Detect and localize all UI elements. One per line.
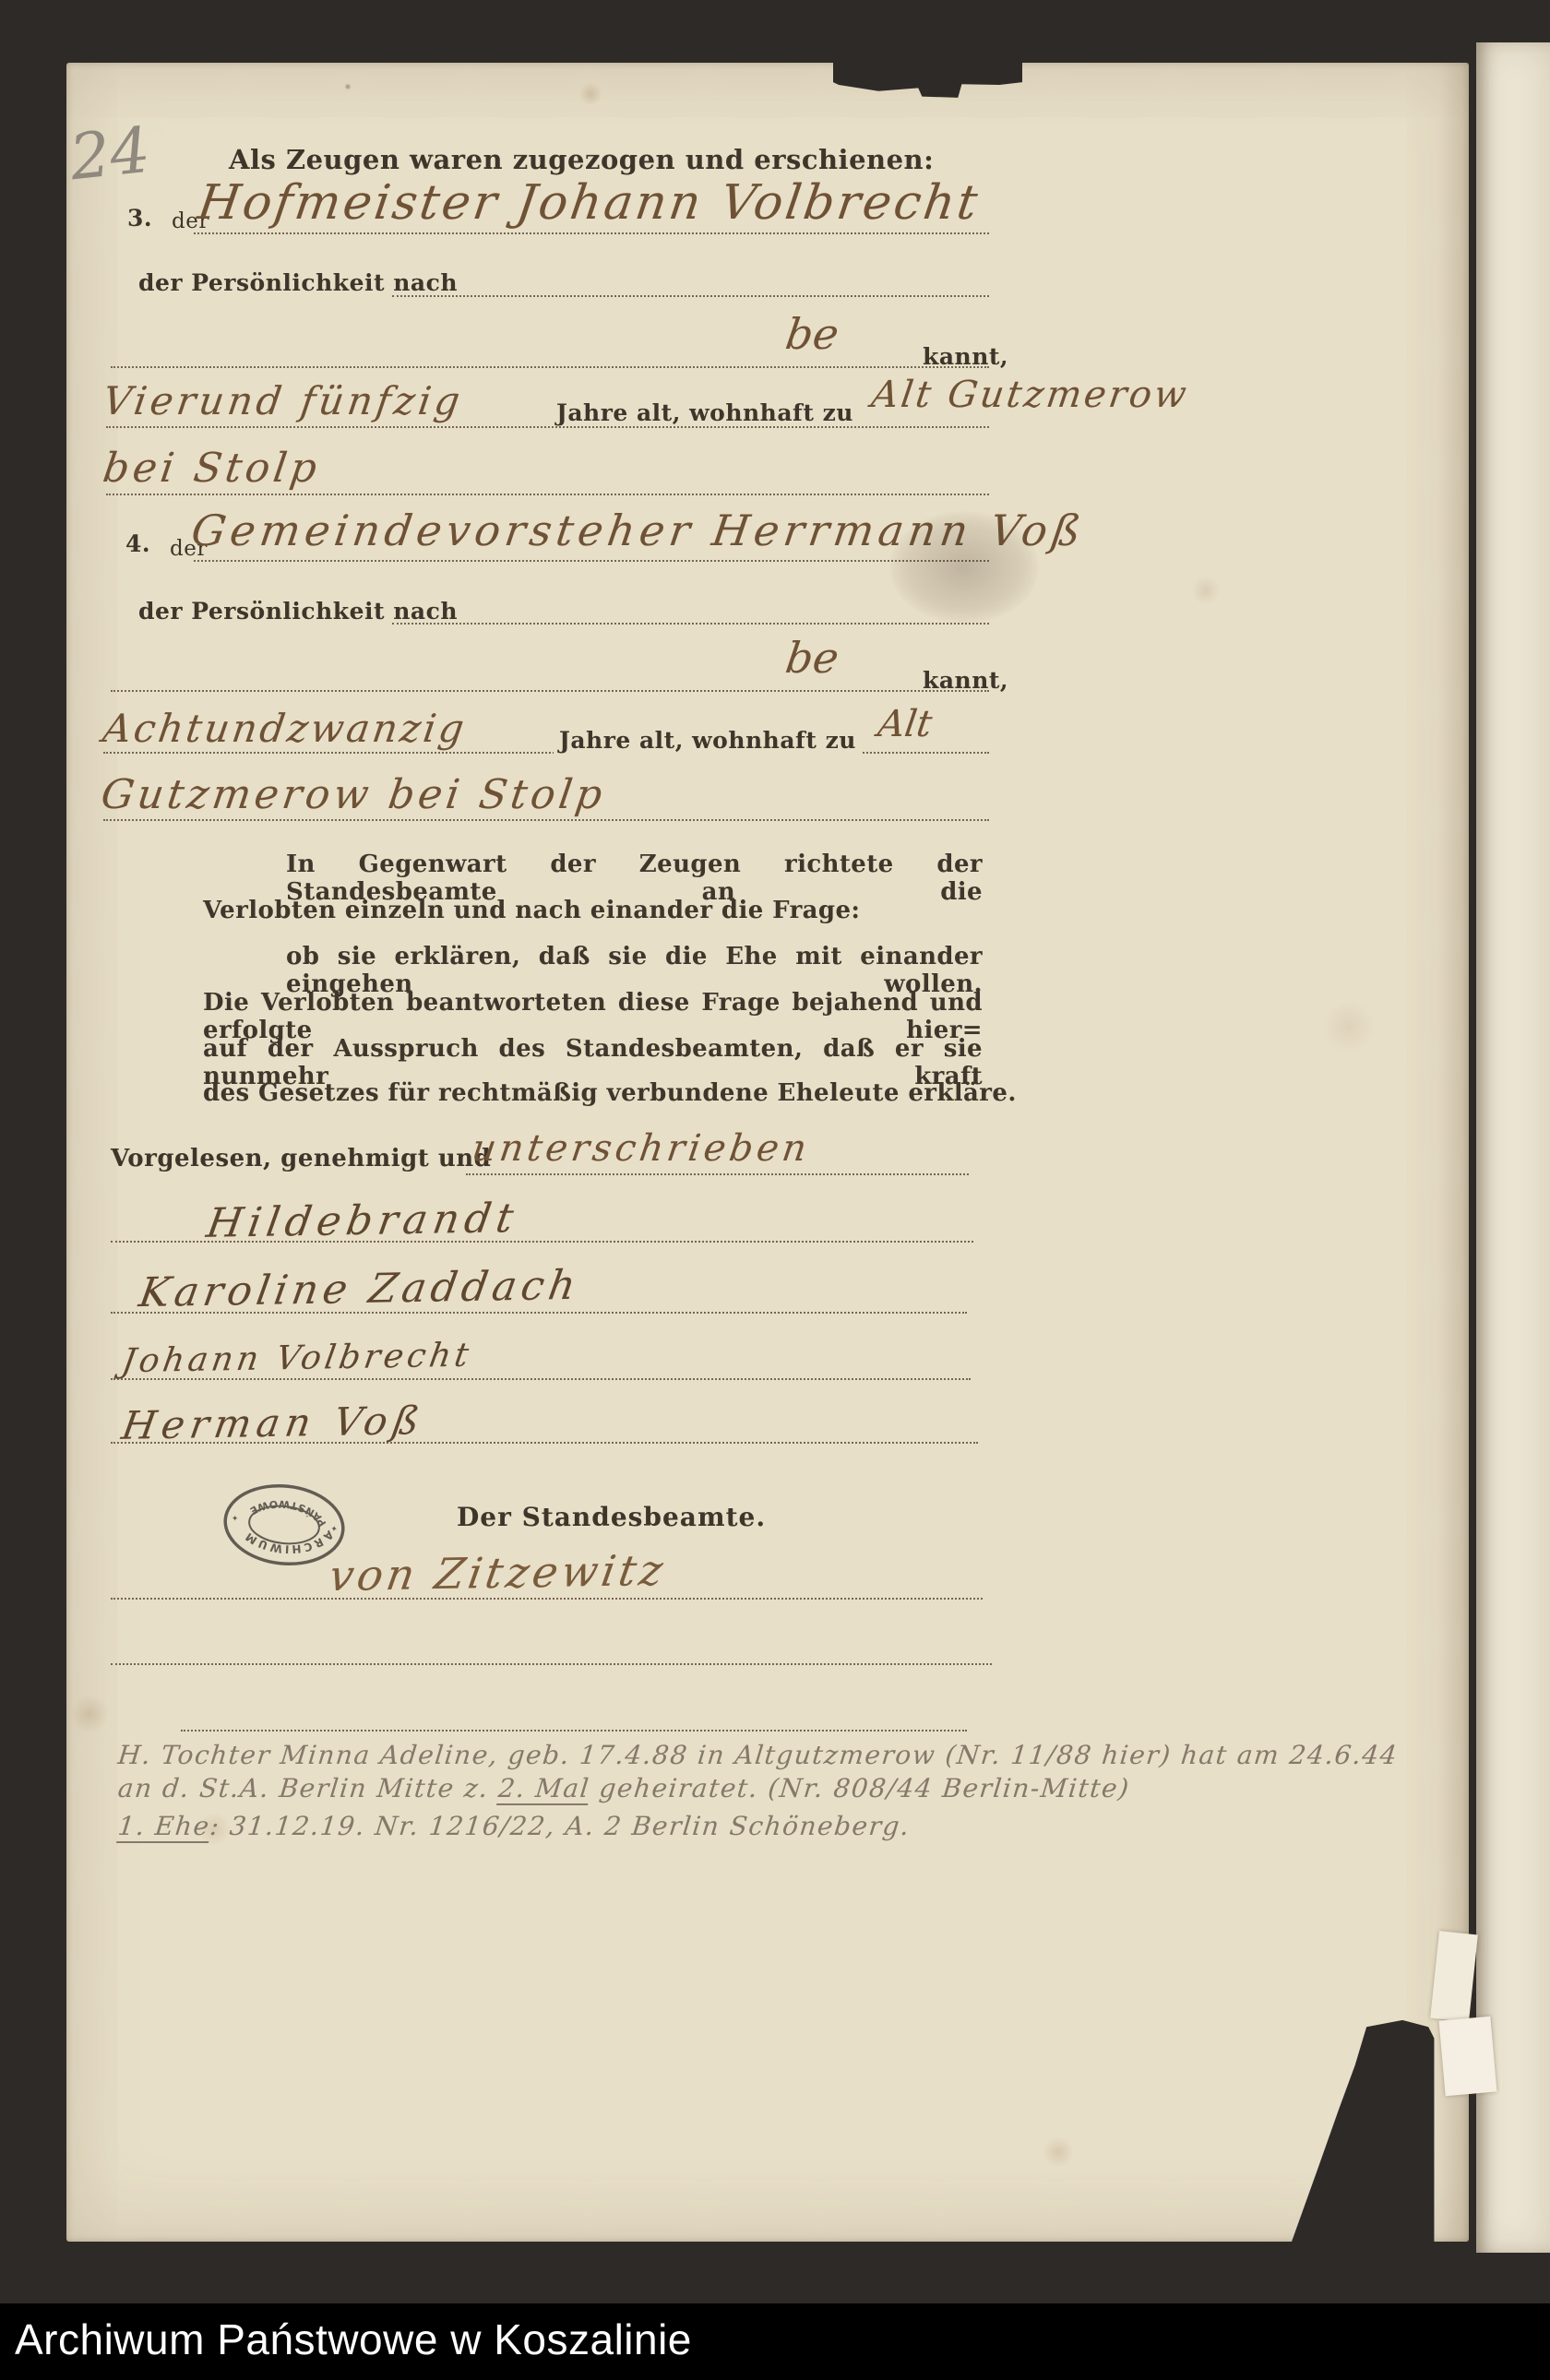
page-fold-crease: [1439, 63, 1469, 2242]
signature-line-1: [111, 1241, 973, 1243]
marginal-note-line3: 1. Ehe: 31.12.19. Nr. 1216/22, A. 2 Berl…: [116, 1811, 912, 1841]
marginal-note-line1: H. Tochter Minna Adeline, geb. 17.4.88 i…: [116, 1740, 1399, 1770]
signature-witness-1: Johann Volbrecht: [119, 1337, 474, 1381]
declaration-line2: Verlobten einzeln und nach einander die …: [203, 897, 860, 924]
registrar-signature-line: [111, 1598, 983, 1600]
archive-caption-text: Archiwum Państwowe w Koszalinie: [15, 2315, 692, 2364]
item3-known-suffix: kannt,: [923, 343, 1008, 370]
scanned-document-view: Als Zeugen waren zugezogen und erschiene…: [0, 0, 1550, 2380]
declaration-line6: des Gesetzes für rechtmäßig verbundene E…: [203, 1079, 1017, 1107]
item4-identity-line: [392, 623, 989, 625]
item3-identity-label: der Persönlichkeit nach: [138, 269, 458, 296]
item4-residence-line: [103, 819, 989, 821]
item3-known-line: [111, 366, 989, 368]
item4-number: 4.: [125, 530, 150, 557]
signature-witness-2: Herman Voß: [119, 1398, 428, 1448]
repair-tape-piece-2: [1439, 2017, 1497, 2097]
note-line2-post: geheiratet. (Nr. 808/44 Berlin-Mitte): [588, 1773, 1131, 1803]
closing-label: Vorgelesen, genehmigt und: [111, 1145, 491, 1172]
item4-known-fill: be: [782, 633, 841, 683]
registry-page: Als Zeugen waren zugezogen und erschiene…: [66, 63, 1469, 2242]
registrar-label: Der Standesbeamte.: [457, 1502, 766, 1532]
item4-identity-label: der Persönlichkeit nach: [138, 598, 458, 625]
stamp-ornament-right: ✦: [231, 1512, 239, 1522]
signature-bride: Karoline Zaddach: [136, 1262, 583, 1316]
note-separator-line: [181, 1730, 967, 1731]
signature-line-2: [111, 1312, 967, 1314]
item3-number: 3.: [127, 205, 152, 232]
witness-heading: Als Zeugen waren zugezogen und erschiene…: [229, 144, 934, 175]
svg-text:PAŃSTWOWE: PAŃSTWOWE: [245, 1494, 331, 1530]
note-line2-pre: an d. St.A. Berlin Mitte z.: [116, 1773, 500, 1803]
item4-residence-handwriting: Alt: [876, 703, 935, 745]
item3-age-handwriting: Vierund fünfzig: [101, 378, 467, 423]
registrar-signature: von Zitzewitz: [326, 1545, 670, 1601]
archive-caption-bar: Archiwum Państwowe w Koszalinie: [0, 2303, 1550, 2380]
empty-line: [111, 1663, 992, 1665]
note-line2-underlined: 2. Mal: [496, 1773, 591, 1805]
item3-age-line: [106, 426, 989, 428]
adjacent-page-edge: [1476, 42, 1550, 2253]
note-line3-post: : 31.12.19. Nr. 1216/22, A. 2 Berlin Sch…: [209, 1811, 912, 1841]
item3-residence2-handwriting: bei Stolp: [100, 445, 323, 492]
signature-bride-father: Hildebrandt: [203, 1195, 521, 1247]
paper-tear: [1292, 2016, 1436, 2242]
item3-residence-line: [106, 494, 989, 495]
item4-age-handwriting: Achtundzwanzig: [101, 706, 470, 751]
item4-entry-line: [194, 560, 989, 562]
stamp-bottom-text: PAŃSTWOWE: [245, 1494, 331, 1530]
item4-residence2-handwriting: Gutzmerow bei Stolp: [98, 771, 608, 818]
paper-top-notch: [833, 61, 1022, 100]
marginal-note-line2: an d. St.A. Berlin Mitte z. 2. Mal gehei…: [116, 1773, 1131, 1803]
item3-identity-line: [392, 295, 989, 297]
signature-line-3: [111, 1378, 971, 1380]
item3-known-fill: be: [782, 309, 841, 359]
closing-fill-handwriting: unterschrieben: [470, 1127, 813, 1170]
repair-tape-piece: [1430, 1931, 1478, 2022]
item4-known-suffix: kannt,: [923, 667, 1008, 694]
item3-entry-line: [194, 232, 989, 234]
item4-known-line: [111, 690, 989, 692]
ink-smudge: [890, 512, 1038, 623]
signature-line-4: [111, 1442, 978, 1444]
item4-age-label: Jahre alt, wohnhaft zu: [554, 727, 862, 754]
closing-line: [466, 1173, 969, 1175]
item3-residence-handwriting: Alt Gutzmerow: [869, 374, 1192, 416]
page-number-pencil: 24: [66, 114, 153, 196]
item3-age-label: Jahre alt, wohnhaft zu: [551, 399, 859, 426]
item3-entry-handwriting: Hofmeister Johann Volbrecht: [195, 175, 984, 231]
stamp-ornament-left: ✦: [330, 1522, 339, 1532]
note-line3-underlined: 1. Ehe: [116, 1811, 211, 1843]
